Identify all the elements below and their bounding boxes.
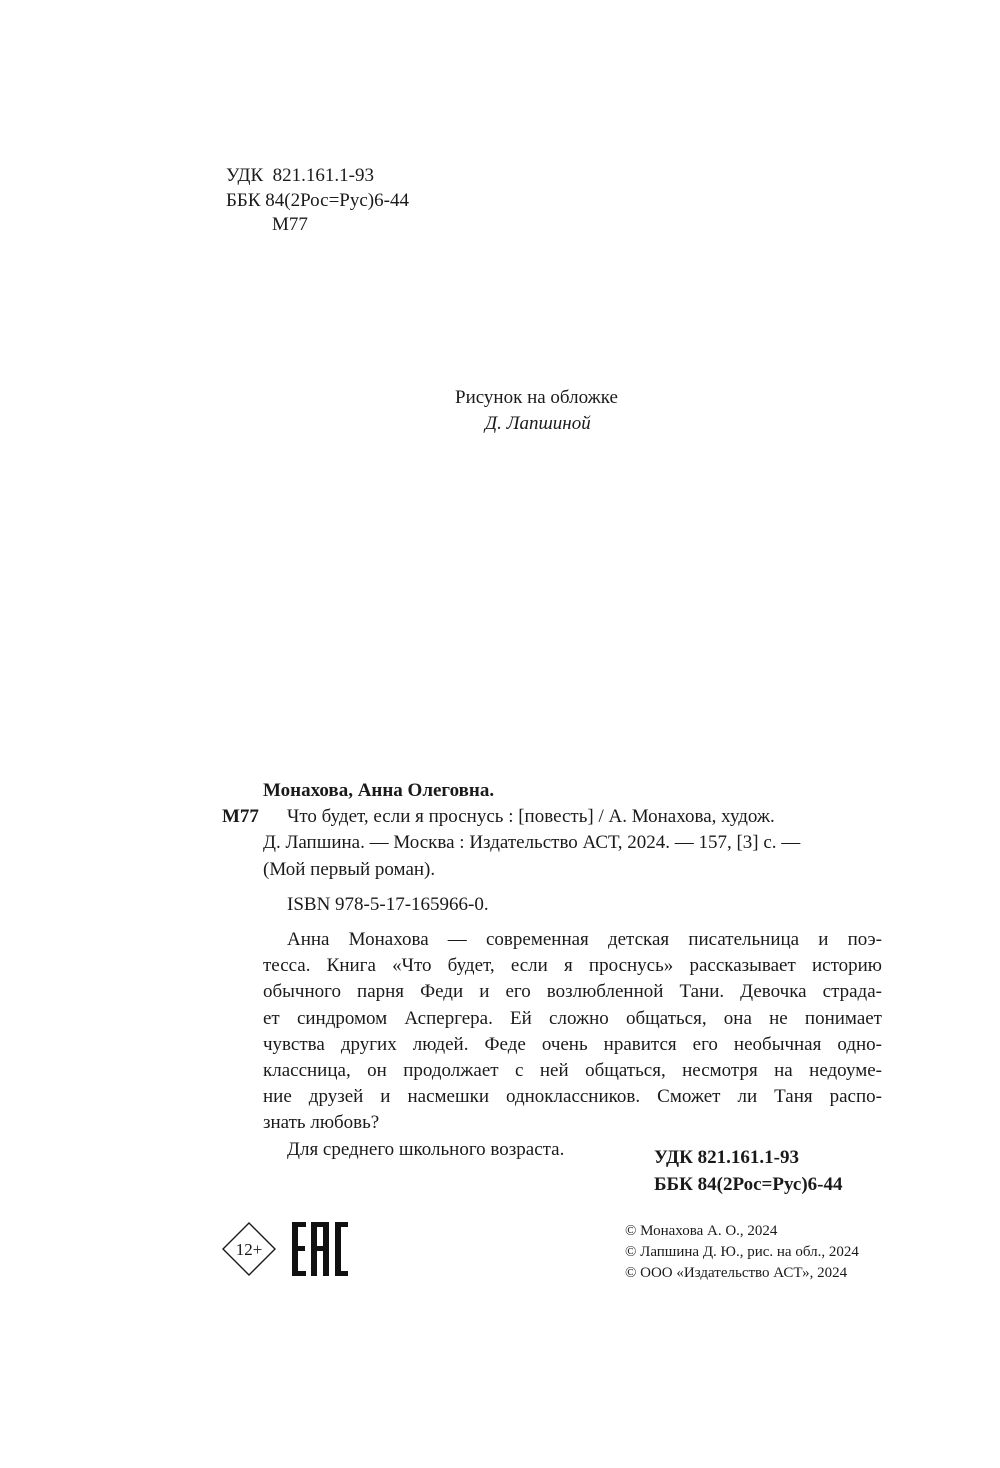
age-rating-badge: 12+ [222,1222,276,1276]
copyright-block: © Монахова А. О., 2024 © Лапшина Д. Ю., … [625,1221,859,1284]
record-isbn: ISBN 978-5-17-165966-0. [222,892,882,918]
footer-udk: УДК 821.161.1-93 [654,1144,842,1171]
record-title-line: (Мой первый роман). [263,857,882,883]
header-udk: УДК 821.161.1-93 [226,164,409,189]
diamond-icon: 12+ [222,1222,276,1276]
header-classification-codes: УДК 821.161.1-93 ББК 84(2Рос=Рус)6-44 М7… [226,164,409,238]
header-author-mark: М77 [226,213,409,238]
annotation-line: знать любовь? [263,1110,882,1136]
record-title-line: Что будет, если я проснусь : [повесть] /… [263,804,882,830]
copyright-line: © Лапшина Д. Ю., рис. на обл., 2024 [625,1242,859,1263]
annotation-line: ет синдромом Аспергера. Ей сложно общать… [263,1006,882,1032]
annotation-line: чувства других людей. Феде очень нравитс… [263,1032,882,1058]
record-title-line: Д. Лапшина. — Москва : Издательство АСТ,… [263,830,882,856]
bibliographic-record: Монахова, Анна Олеговна. М77 Что будет, … [222,778,882,1163]
age-rating-text: 12+ [236,1240,263,1259]
cover-credit-label: Рисунок на обложке [455,385,618,411]
record-author: Монахова, Анна Олеговна. [222,778,882,804]
annotation-line: тесса. Книга «Что будет, если я проснусь… [263,953,882,979]
copyright-line: © ООО «Издательство АСТ», 2024 [625,1263,859,1284]
copyright-line: © Монахова А. О., 2024 [625,1221,859,1242]
eac-icon [290,1221,350,1277]
header-bbk: ББК 84(2Рос=Рус)6-44 [226,189,409,214]
record-annotation: Анна Монахова — современная детская писа… [222,927,882,1163]
annotation-line: классница, он продолжает с ней общаться,… [263,1058,882,1084]
cover-credit: Рисунок на обложке Д. Лапшиной [455,385,618,437]
annotation-line: обычного парня Феди и его возлюбленной Т… [263,979,882,1005]
record-entry: М77 Что будет, если я проснусь : [повест… [222,804,882,883]
footer-classification-codes: УДК 821.161.1-93 ББК 84(2Рос=Рус)6-44 [654,1144,842,1198]
record-author-mark: М77 [222,804,259,830]
annotation-line: ние друзей и насмешки одноклассников. См… [263,1084,882,1110]
cover-credit-artist: Д. Лапшиной [455,411,618,437]
footer-bbk: ББК 84(2Рос=Рус)6-44 [654,1171,842,1198]
annotation-line: Анна Монахова — современная детская писа… [263,927,882,953]
